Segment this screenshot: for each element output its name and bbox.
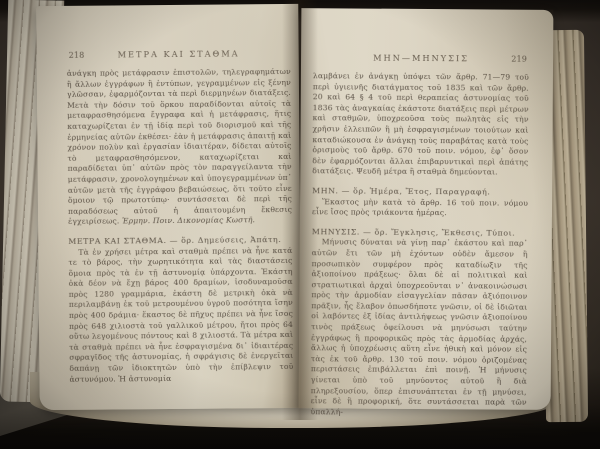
left-page-number: 218 [69, 51, 85, 62]
left-paragraph-1-text: ἀνάγκη πρὸς μετάφρασιν ἐπιστολῶν, τηλεγρ… [67, 67, 292, 226]
left-running-head: ΜΕΤΡΑ ΚΑΙ ΣΤΑΘΜΑ [118, 48, 240, 59]
citation-reference: Ἑρμην. Ποιν. Δικονομίας Κωστῆ. [122, 216, 255, 226]
right-page-number: 219 [511, 55, 527, 66]
entry-mhn-body: Ἕκαστος μὴν κατὰ τὸ ἄρθρ. 16 τοῦ ποιν. ν… [312, 197, 528, 220]
right-paragraph-1: λαμβάνει ἐν ἀνάγκῃ ὑπόψει τῶν ἄρθρ. 71—7… [312, 71, 529, 178]
right-page-text-block: ΜΗΝ—ΜΗΝΥΣΙΣ 219 λαμβάνει ἐν ἀνάγκῃ ὑπόψε… [311, 52, 530, 419]
entry-mhnysis-body: Μήνυσις δύναται νὰ γίνῃ παρ᾽ ἑκάστου καὶ… [311, 238, 528, 420]
left-paragraph-2: Τὰ ἐν χρήσει μέτρα καὶ σταθμὰ πρέπει νὰ … [68, 245, 293, 385]
right-running-head: ΜΗΝ—ΜΗΝΥΣΙΣ [373, 53, 469, 64]
left-page-text-block: 218 ΜΕΤΡΑ ΚΑΙ ΣΤΑΘΜΑ ἀνάγκη πρὸς μετάφρα… [67, 48, 294, 385]
left-paragraph-1: ἀνάγκη πρὸς μετάφρασιν ἐπιστολῶν, τηλεγρ… [67, 67, 292, 228]
right-page: ΜΗΝ—ΜΗΝΥΣΙΣ 219 λαμβάνει ἐν ἀνάγκῃ ὑπόψε… [299, 8, 554, 410]
right-page-header: ΜΗΝ—ΜΗΝΥΣΙΣ 219 [313, 52, 529, 68]
left-page-header: 218 ΜΕΤΡΑ ΚΑΙ ΣΤΑΘΜΑ [67, 48, 291, 64]
left-page: 218 ΜΕΤΡΑ ΚΑΙ ΣΤΑΘΜΑ ἀνάγκη πρὸς μετάφρα… [36, 4, 302, 410]
